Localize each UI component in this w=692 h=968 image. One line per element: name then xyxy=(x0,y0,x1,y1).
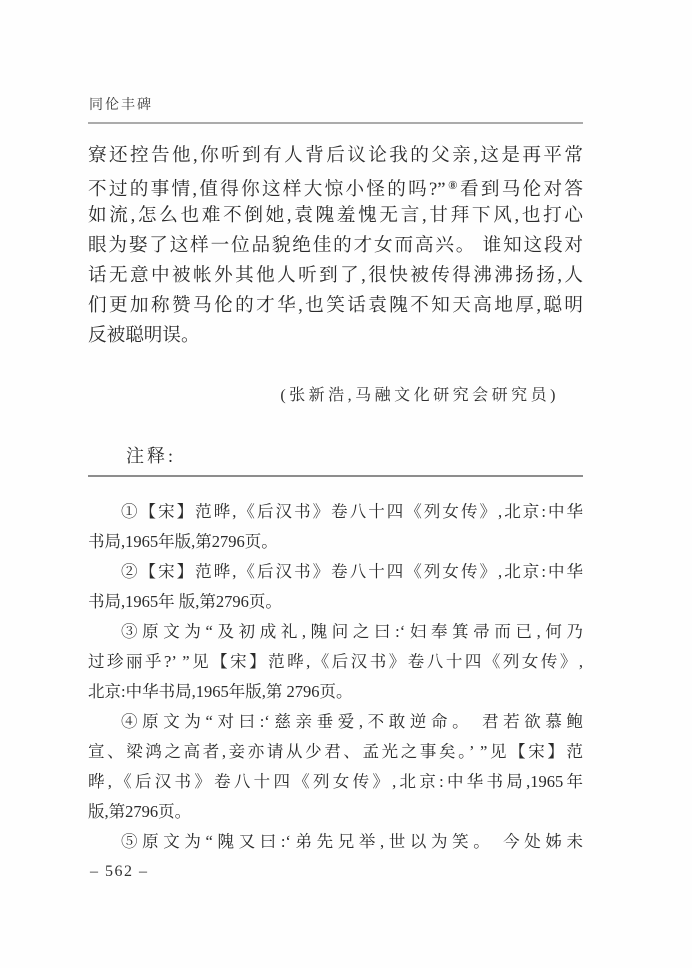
body-line: 们更加称赞马伦的才华,也笑话袁隗不知天高地厚,聪明 xyxy=(88,291,583,321)
footnote-line: 过珍丽乎?’ ”见【宋】范晔,《后汉书》卷八十四《列女传》, xyxy=(88,647,583,677)
notes-heading: 注释: xyxy=(88,443,176,469)
body-line: 不过的事情,值得你这样大惊小怪的吗?”⑧看到马伦对答 xyxy=(88,171,583,201)
body-line: 话无意中被帐外其他人听到了,很快被传得沸沸扬扬,人 xyxy=(88,261,583,291)
attribution-line: (张新浩,马融文化研究会研究员) xyxy=(88,383,583,409)
body-line: 眼为娶了这样一位品貌绝佳的才女而高兴。 谁知这段对 xyxy=(88,231,583,261)
page-number: – 562 – xyxy=(90,861,149,883)
book-page: 同伦丰碑 寮还控告他,你听到有人背后议论我的父亲,这是再平常 不过的事情,值得你… xyxy=(0,0,692,968)
footnote-line: ③原文为“及初成礼,隗问之曰:‘妇奉箕帚而已,何乃 xyxy=(88,617,583,647)
body-line-text: 不过的事情,值得你这样大惊小怪的吗?” xyxy=(88,179,446,200)
footnote-line: ④原文为“对曰:‘慈亲垂爱,不敢逆命。 君若欲慕鲍 xyxy=(88,707,583,737)
footnote-ref-8: ⑧ xyxy=(446,180,460,192)
running-head: 同伦丰碑 xyxy=(89,96,153,116)
notes-divider xyxy=(88,475,583,477)
footnote-line: ②【宋】范晔,《后汉书》卷八十四《列女传》,北京:中华 xyxy=(88,557,583,587)
body-line: 反被聪明误。 xyxy=(88,321,583,351)
header-divider xyxy=(88,122,583,124)
footnote-line: 书局,1965年 版,第2796页。 xyxy=(88,587,583,617)
body-paragraph: 寮还控告他,你听到有人背后议论我的父亲,这是再平常 不过的事情,值得你这样大惊小… xyxy=(88,141,583,351)
footnote-line: 宣、梁鸿之高者,妾亦请从少君、孟光之事矣。’ ”见【宋】范 xyxy=(88,737,583,767)
body-line-text: 看到马伦对答 xyxy=(460,179,583,200)
body-line: 寮还控告他,你听到有人背后议论我的父亲,这是再平常 xyxy=(88,141,583,171)
footnote-line: 晔,《后汉书》卷八十四《列女传》,北京:中华书局,1965年 xyxy=(88,767,583,797)
footnote-line: ⑤原文为“隗又曰:‘弟先兄举,世以为笑。 今处姊未 xyxy=(88,827,583,857)
body-line: 如流,怎么也难不倒她,袁隗羞愧无言,甘拜下风,也打心 xyxy=(88,201,583,231)
footnote-line: ①【宋】范晔,《后汉书》卷八十四《列女传》,北京:中华 xyxy=(88,497,583,527)
footnote-line: 书局,1965年版,第2796页。 xyxy=(88,527,583,557)
footnotes: ①【宋】范晔,《后汉书》卷八十四《列女传》,北京:中华 书局,1965年版,第2… xyxy=(88,497,583,857)
footnote-line: 版,第2796页。 xyxy=(88,797,583,827)
footnote-line: 北京:中华书局,1965年版,第 2796页。 xyxy=(88,677,583,707)
